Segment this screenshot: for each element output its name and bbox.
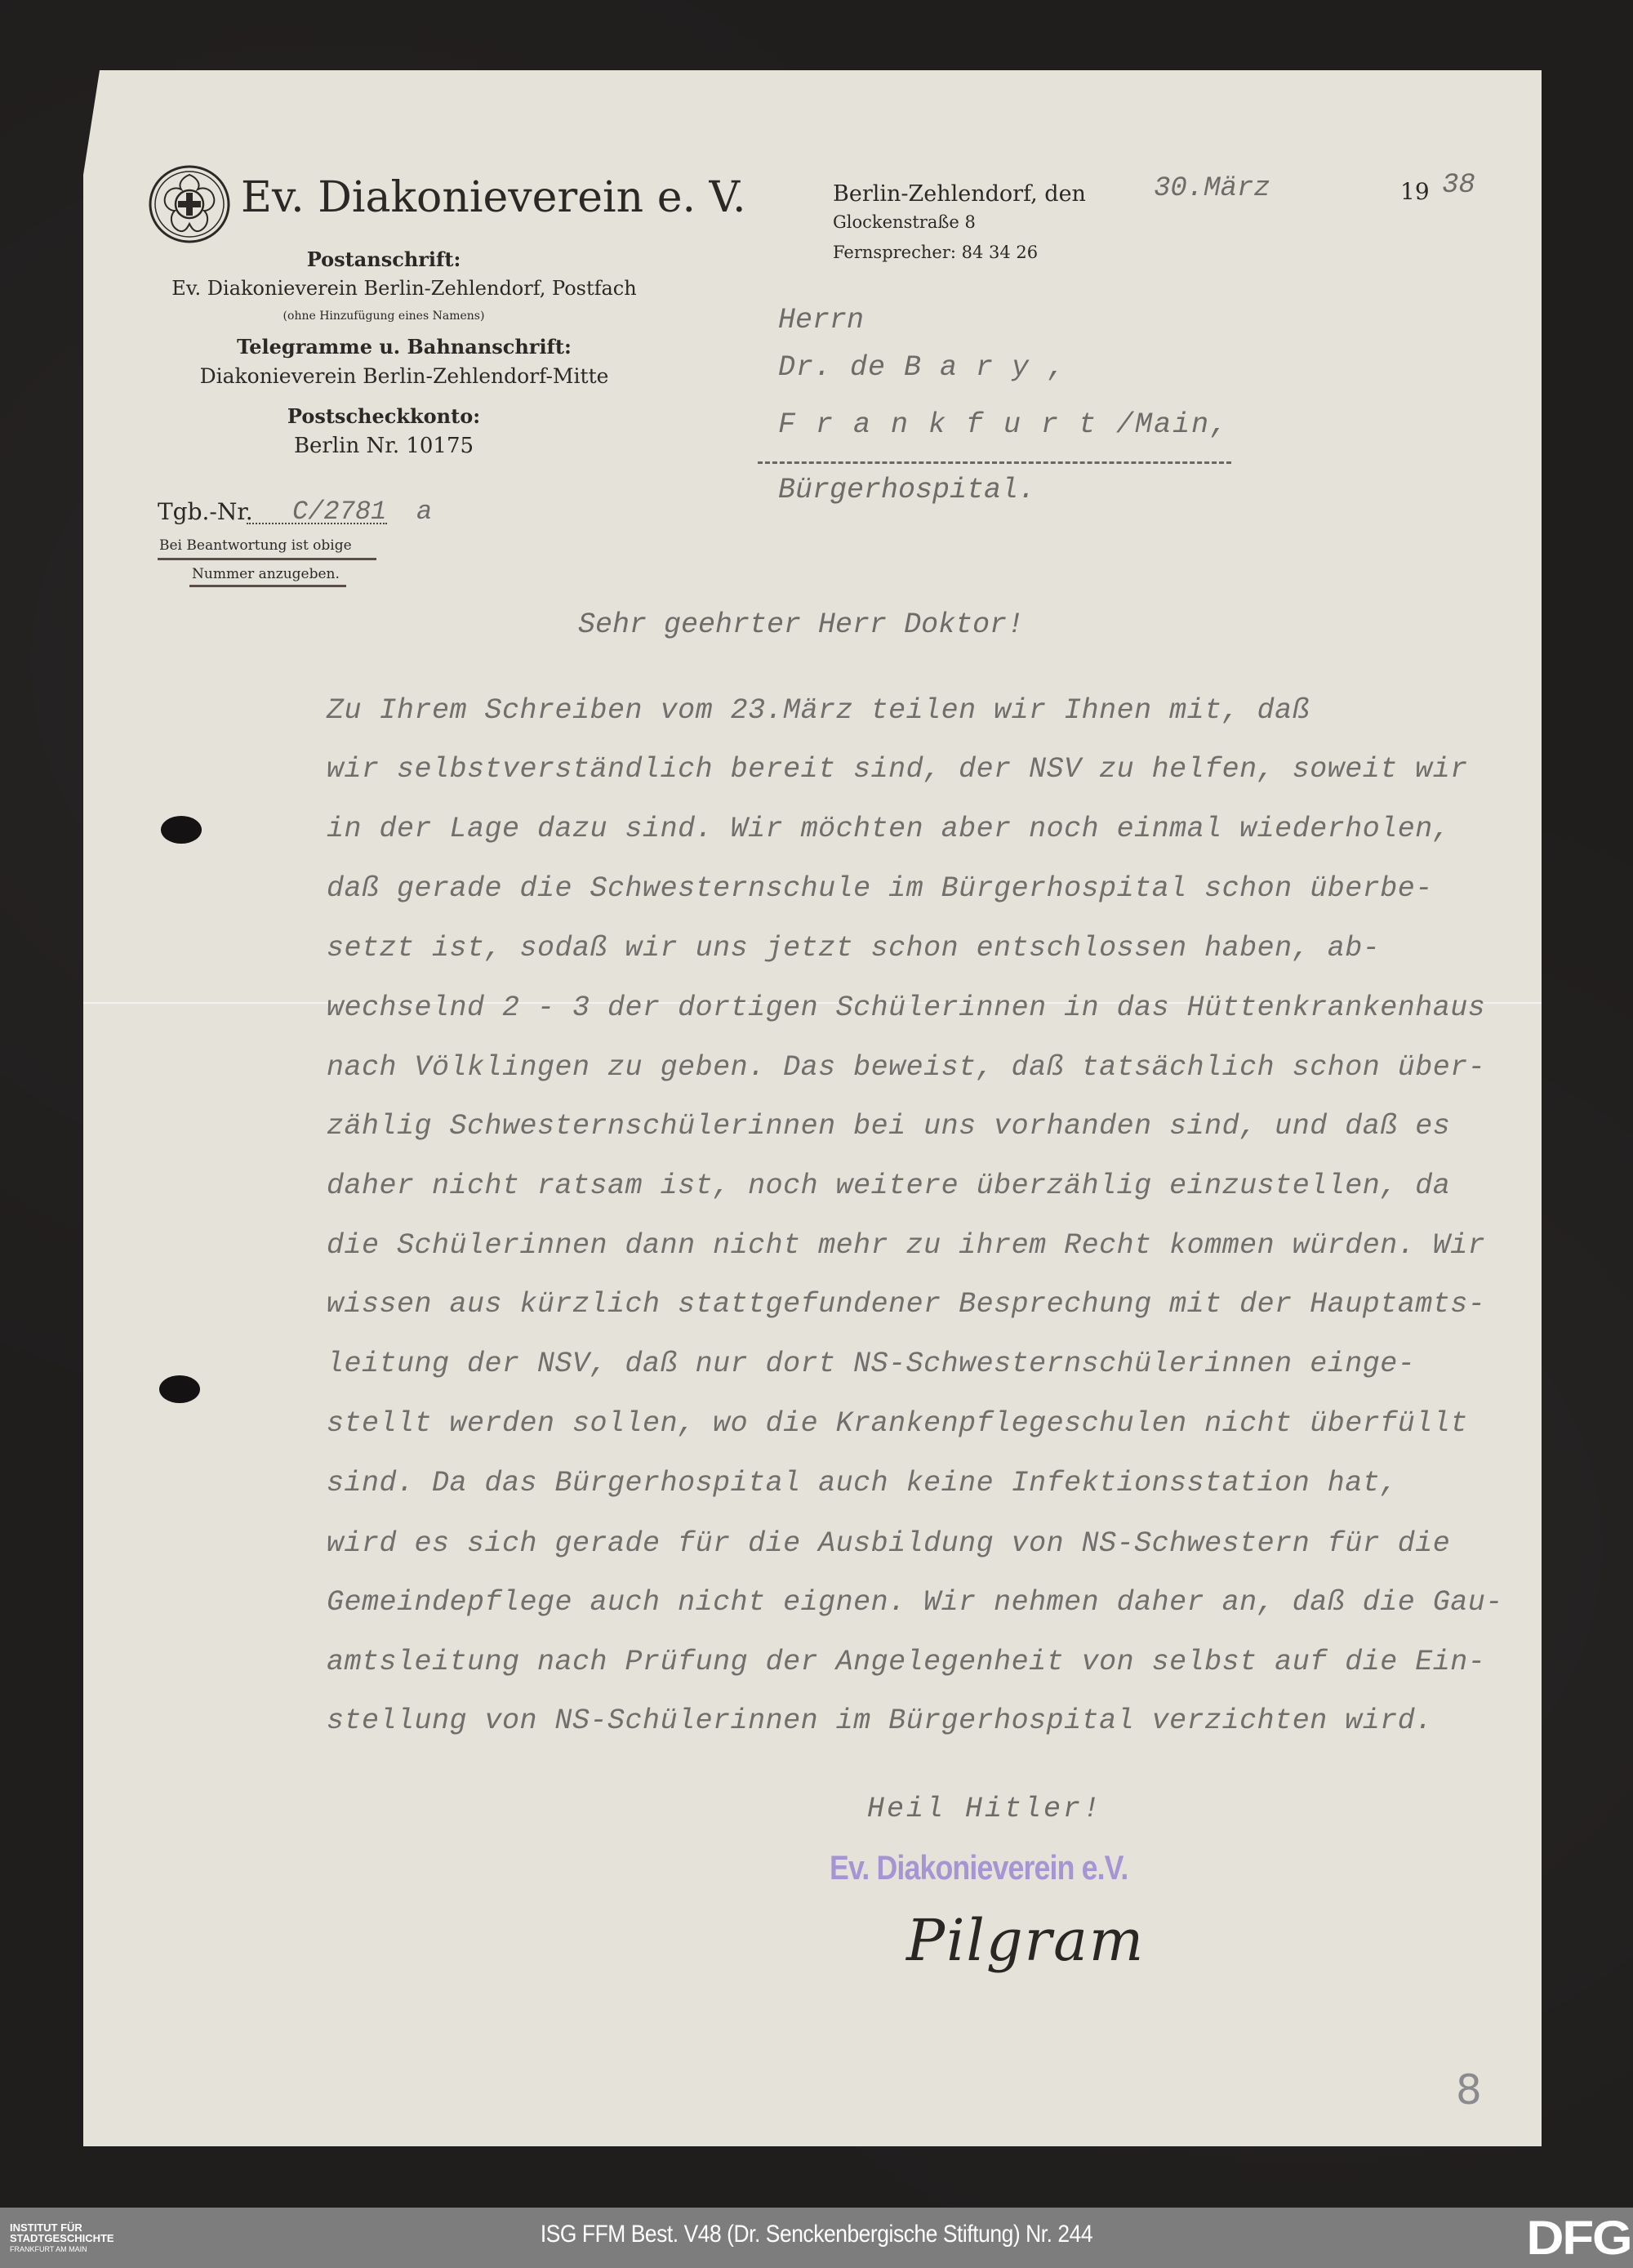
signature: Pilgram xyxy=(906,1907,1145,1974)
archive-reference: ISG FFM Best. V48 (Dr. Senckenbergische … xyxy=(98,2221,1535,2248)
org-name: Ev. Diakonieverein e. V. xyxy=(241,173,746,222)
ref-label: Tgb.-Nr. xyxy=(158,498,253,525)
ref-note-line1: Bei Beantwortung ist obige xyxy=(159,537,352,554)
phone-number: Fernsprecher: 84 34 26 xyxy=(833,243,1038,262)
ref-suffix: a xyxy=(416,497,432,527)
body-line: Zu Ihrem Schreiben vom 23.März teilen wi… xyxy=(327,694,1310,727)
body-line: wechselnd 2 - 3 der dortigen Schülerinne… xyxy=(327,991,1485,1024)
punch-hole-top xyxy=(161,816,202,844)
ref-note-line2: Nummer anzugeben. xyxy=(192,566,340,582)
closing-salute: Heil Hitler! xyxy=(867,1793,1102,1825)
year-suffix: 38 xyxy=(1442,170,1475,201)
ref-number: C/2781 xyxy=(292,497,386,527)
luther-rose-icon xyxy=(147,163,232,245)
archive-footer: INSTITUT FÜR STADTGESCHICHTE FRANKFURT A… xyxy=(0,2208,1633,2268)
page-number-annotation: 8 xyxy=(1456,2066,1482,2114)
body-line: stellung von NS-Schülerinnen im Bürgerho… xyxy=(327,1704,1433,1737)
telegram-address: Diakonieverein Berlin-Zehlendorf-Mitte xyxy=(155,364,653,388)
body-line: zählig Schwesternschülerinnen bei uns vo… xyxy=(327,1110,1450,1143)
organization-stamp: Ev. Diakonieverein e.V. xyxy=(830,1848,1128,1887)
punch-hole-bottom xyxy=(159,1375,200,1403)
recipient-institution: Bürgerhospital. xyxy=(778,474,1035,506)
body-line: Gemeindepflege auch nicht eignen. Wir ne… xyxy=(327,1586,1503,1619)
recipient-title: Herrn xyxy=(778,304,864,336)
body-line: wissen aus kürzlich stattgefundener Besp… xyxy=(327,1288,1485,1321)
giro-heading: Postscheckkonto: xyxy=(155,404,612,428)
address-separator xyxy=(758,461,1231,464)
body-line: die Schülerinnen dann nicht mehr zu ihre… xyxy=(327,1229,1485,1262)
body-line: stellt werden sollen, wo die Krankenpfle… xyxy=(327,1407,1468,1440)
body-line: daher nicht ratsam ist, noch weitere übe… xyxy=(327,1170,1450,1202)
year-prefix: 19 xyxy=(1400,178,1430,205)
greeting: Sehr geehrter Herr Doktor! xyxy=(578,608,1024,641)
body-line: setzt ist, sodaß wir uns jetzt schon ent… xyxy=(327,932,1380,965)
ref-note-underline-2 xyxy=(189,585,346,587)
body-line: nach Völklingen zu geben. Das beweist, d… xyxy=(327,1051,1485,1084)
street-address: Glockenstraße 8 xyxy=(833,212,976,232)
body-line: amtsleitung nach Prüfung der Angelegenhe… xyxy=(327,1646,1485,1678)
body-line: in der Lage dazu sind. Wir möchten aber … xyxy=(327,813,1450,845)
body-line: sind. Da das Bürgerhospital auch keine I… xyxy=(327,1467,1398,1499)
postal-heading: Postanschrift: xyxy=(155,247,612,271)
letter-date: 30.März xyxy=(1154,173,1270,204)
recipient-city: F r a n k f u r t /Main, xyxy=(778,408,1229,441)
recipient-name: Dr. de B a r y , xyxy=(778,351,1066,384)
body-line: wird es sich gerade für die Ausbildung v… xyxy=(327,1527,1450,1560)
body-line: daß gerade die Schwesternschule im Bürge… xyxy=(327,872,1433,905)
postal-address: Ev. Diakonieverein Berlin-Zehlendorf, Po… xyxy=(155,277,653,300)
body-line: leitung der NSV, daß nur dort NS-Schwest… xyxy=(327,1348,1415,1380)
giro-account: Berlin Nr. 10175 xyxy=(155,434,612,458)
telegram-heading: Telegramme u. Bahnanschrift: xyxy=(155,335,653,359)
body-line: wir selbstverständlich bereit sind, der … xyxy=(327,753,1468,786)
ref-note-underline-1 xyxy=(158,558,376,560)
dfg-logo: DFG xyxy=(1526,2217,1631,2260)
postal-note: (ohne Hinzufügung eines Namens) xyxy=(155,310,612,323)
place-prefix: Berlin-Zehlendorf, den xyxy=(833,181,1086,207)
